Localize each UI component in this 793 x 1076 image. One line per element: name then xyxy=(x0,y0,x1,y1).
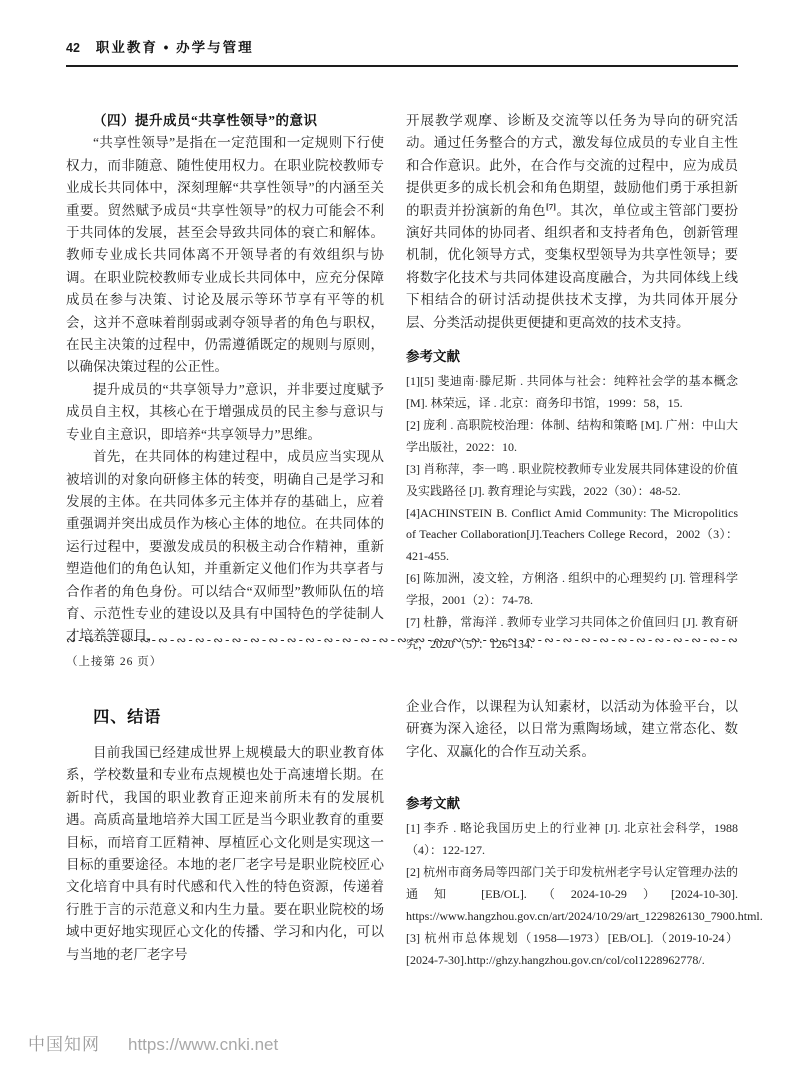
cnki-url: https://www.cnki.net xyxy=(128,1035,278,1055)
journal-section-title: 职业教育 • 办学与管理 xyxy=(96,36,254,56)
top-left-column: （四）提升成员“共享性领导”的意识 “共享性领导”是指在一定范围和一定规则下行使… xyxy=(66,110,384,656)
section-heading-4: （四）提升成员“共享性领导”的意识 xyxy=(66,110,384,132)
reference-item: [6] 陈加洲，凌文辁，方俐洛 . 组织中的心理契约 [J]. 管理科学学报，2… xyxy=(406,568,738,612)
page-number: 42 xyxy=(66,41,80,55)
journal-page: 42 职业教育 • 办学与管理 （四）提升成员“共享性领导”的意识 “共享性领导… xyxy=(0,0,793,1076)
conclusion-heading: 四、结语 xyxy=(66,704,384,727)
reference-item: [3] 杭州市总体规划（1958—1973）[EB/OL].（2019-10-2… xyxy=(406,928,738,972)
reference-item: [2] 杭州市商务局等四部门关于印发杭州老字号认定管理办法的通知 [EB/OL]… xyxy=(406,862,738,928)
bottom-left-column: 四、结语 目前我国已经建成世界上规模最大的职业教育体系，学校数量和专业布点规模也… xyxy=(66,696,384,972)
footer: 中国知网 https://www.cnki.net xyxy=(28,1030,278,1055)
reference-item: [4]ACHINSTEIN B. Conflict Amid Community… xyxy=(406,503,738,569)
references-heading: 参考文献 xyxy=(406,345,738,365)
paragraph-text: 。其次，单位或主管部门要扮演好共同体的协同者、组织者和支持者角色，创新管理机制，… xyxy=(406,203,738,330)
top-article: （四）提升成员“共享性领导”的意识 “共享性领导”是指在一定范围和一定规则下行使… xyxy=(66,110,738,656)
reference-item: [1][5] 斐迪南·滕尼斯 . 共同体与社会：纯粹社会学的基本概念 [M]. … xyxy=(406,371,738,415)
cnki-brand: 中国知网 xyxy=(28,1030,100,1055)
reference-item: [1] 李乔 . 略论我国历史上的行业神 [J]. 北京社会科学，1988（4）… xyxy=(406,818,738,862)
paragraph: 提升成员的“共享领导力”意识，并非要过度赋予成员自主权，其核心在于增强成员的民主… xyxy=(66,379,384,446)
paragraph-continuation: 开展教学观摩、诊断及交流等以任务为导向的研究活动。通过任务整合的方式，激发每位成… xyxy=(406,110,738,334)
bottom-article: 四、结语 目前我国已经建成世界上规模最大的职业教育体系，学校数量和专业布点规模也… xyxy=(66,696,738,972)
references-heading: 参考文献 xyxy=(406,792,738,812)
bottom-right-column: 企业合作，以课程为认知素材，以活动为体验平台，以研赛为深入途径，以日常为熏陶场域… xyxy=(406,696,738,972)
paragraph-continuation: 企业合作，以课程为认知素材，以活动为体验平台，以研赛为深入途径，以日常为熏陶场域… xyxy=(406,696,738,763)
page-header: 42 职业教育 • 办学与管理 xyxy=(66,36,738,67)
top-right-column: 开展教学观摩、诊断及交流等以任务为导向的研究活动。通过任务整合的方式，激发每位成… xyxy=(406,110,738,656)
divider-ornament: ∾-∾-∾-∾-∾-∾-∾-∾-∾-∾-∾-∾-∾-∾-∾-∾-∾-∾-∾-∾-… xyxy=(66,633,738,648)
reference-item: [3] 肖称萍，李一鸣 . 职业院校教师专业发展共同体建设的价值及实践路径 [J… xyxy=(406,459,738,503)
conclusion-paragraph: 目前我国已经建成世界上规模最大的职业教育体系，学校数量和专业布点规模也处于高速增… xyxy=(66,742,384,966)
section-divider: ∾-∾-∾-∾-∾-∾-∾-∾-∾-∾-∾-∾-∾-∾-∾-∾-∾-∾-∾-∾-… xyxy=(66,633,738,669)
citation-superscript: [7] xyxy=(546,201,556,211)
reference-item: [2] 庞利 . 高职院校治理：体制、结构和策略 [M]. 广州：中山大学出版社… xyxy=(406,415,738,459)
continuation-note: （上接第 26 页） xyxy=(66,653,738,669)
paragraph: “共享性领导”是指在一定范围和一定规则下行使权力，而非随意、随性使用权力。在职业… xyxy=(66,132,384,378)
paragraph: 首先，在共同体的构建过程中，成员应当实现从被培训的对象向研修主体的转变，明确自己… xyxy=(66,446,384,648)
